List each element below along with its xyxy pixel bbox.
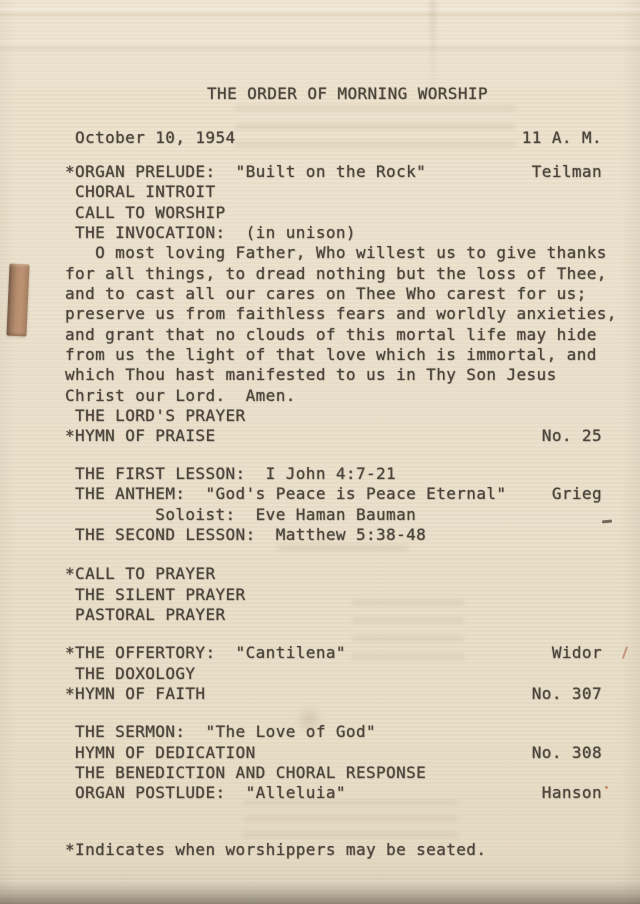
page-title: THE ORDER OF MORNING WORSHIP [207, 84, 488, 103]
order-line-right: No. 308 [532, 743, 602, 763]
invocation-text-line: Christ our Lord. Amen. [65, 386, 602, 406]
order-line-text: *THE OFFERTORY: "Cantilena" [65, 643, 346, 662]
order-line-right: Hanson [542, 783, 602, 803]
order-line: *CALL TO PRAYER [65, 564, 602, 584]
seating-footnote: *Indicates when worshippers may be seate… [65, 840, 486, 859]
invocation-text-line: which Thou hast manifested to us in Thy … [65, 365, 602, 385]
service-time: 11 A. M. [522, 128, 602, 147]
order-line: THE INVOCATION: (in unison) [65, 223, 602, 243]
order-line-text: and grant that no clouds of this mortal … [65, 325, 597, 344]
order-line: Soloist: Eve Haman Bauman [65, 505, 602, 525]
order-line-text: Soloist: Eve Haman Bauman [65, 505, 416, 524]
order-line-text: *HYMN OF FAITH [65, 684, 205, 703]
order-line: *HYMN OF FAITHNo. 307 [65, 684, 602, 704]
order-line-text: THE LORD'S PRAYER [65, 406, 246, 425]
page-edge-shadow [0, 882, 640, 904]
order-line-text: THE SILENT PRAYER [65, 585, 246, 604]
order-line-text: THE FIRST LESSON: I John 4:7-21 [65, 464, 396, 483]
order-line-text: CALL TO WORSHIP [65, 203, 226, 222]
order-line: THE LORD'S PRAYER [65, 406, 602, 426]
paper-crease [0, 8, 640, 18]
tape-artifact [6, 264, 29, 337]
order-line-text: *ORGAN PRELUDE: "Built on the Rock" [65, 162, 426, 181]
order-line: *ORGAN PRELUDE: "Built on the Rock"Teilm… [65, 162, 602, 182]
order-line-text: CHORAL INTROIT [65, 182, 216, 201]
service-date: October 10, 1954 [75, 128, 236, 147]
bulletin-page: THE ORDER OF MORNING WORSHIP October 10,… [0, 0, 640, 904]
order-line-text: THE ANTHEM: "God's Peace is Peace Eterna… [65, 484, 506, 503]
order-line-text: THE SECOND LESSON: Matthew 5:38-48 [65, 525, 426, 544]
order-line-text: THE INVOCATION: (in unison) [65, 223, 356, 242]
order-line-right: Widor [552, 643, 602, 663]
order-line-text: THE DOXOLOGY [65, 664, 195, 683]
order-line: THE BENEDICTION AND CHORAL RESPONSE [65, 763, 602, 783]
order-line: *THE OFFERTORY: "Cantilena"Widor [65, 643, 602, 663]
order-line-text: *HYMN OF PRAISE [65, 426, 216, 445]
paper-streak [430, 0, 436, 95]
order-of-worship: *ORGAN PRELUDE: "Built on the Rock"Teilm… [65, 162, 602, 804]
order-line: CALL TO WORSHIP [65, 203, 602, 223]
order-line: ORGAN POSTLUDE: "Alleluia"Hanson [65, 783, 602, 803]
order-line-right: Grieg [552, 484, 602, 504]
order-line: THE FIRST LESSON: I John 4:7-21 [65, 464, 602, 484]
order-line-text: for all things, to dread nothing but the… [65, 264, 607, 283]
order-line-text: PASTORAL PRAYER [65, 605, 226, 624]
order-line-text: which Thou hast manifested to us in Thy … [65, 365, 557, 384]
order-line-right: No. 307 [532, 684, 602, 704]
order-line: CHORAL INTROIT [65, 182, 602, 202]
order-line-text: preserve us from faithless fears and wor… [65, 304, 617, 323]
order-line: PASTORAL PRAYER [65, 605, 602, 625]
order-line-text: HYMN OF DEDICATION [65, 743, 256, 762]
dateline: October 10, 195411 A. M. [75, 128, 602, 147]
invocation-text-line: preserve us from faithless fears and wor… [65, 304, 602, 324]
invocation-text-line: from us the light of that love which is … [65, 345, 602, 365]
invocation-text-line: and to cast all our cares on Thee Who ca… [65, 284, 602, 304]
pen-mark [602, 520, 612, 523]
pen-mark [605, 786, 608, 789]
order-line: THE SECOND LESSON: Matthew 5:38-48 [65, 525, 602, 545]
order-line-text: from us the light of that love which is … [65, 345, 597, 364]
order-line-right: No. 25 [542, 426, 602, 446]
order-line: THE SILENT PRAYER [65, 585, 602, 605]
order-line-text: *CALL TO PRAYER [65, 564, 216, 583]
order-line-text: THE BENEDICTION AND CHORAL RESPONSE [65, 763, 426, 782]
order-line: *HYMN OF PRAISENo. 25 [65, 426, 602, 446]
invocation-text-line: and grant that no clouds of this mortal … [65, 325, 602, 345]
invocation-text-line: O most loving Father, Who willest us to … [65, 243, 602, 263]
invocation-text-line: for all things, to dread nothing but the… [65, 264, 602, 284]
order-line-text: THE SERMON: "The Love of God" [65, 722, 376, 741]
order-line: THE SERMON: "The Love of God" [65, 722, 602, 742]
ink-bleedthrough [243, 800, 458, 838]
order-line: HYMN OF DEDICATIONNo. 308 [65, 743, 602, 763]
pen-mark [622, 646, 628, 659]
order-line: THE DOXOLOGY [65, 664, 602, 684]
paper-crease [0, 41, 640, 53]
order-line-text: Christ our Lord. Amen. [65, 386, 296, 405]
order-line-text: ORGAN POSTLUDE: "Alleluia" [65, 783, 346, 802]
order-line-right: Teilman [532, 162, 602, 182]
order-line-text: and to cast all our cares on Thee Who ca… [65, 284, 587, 303]
order-line: THE ANTHEM: "God's Peace is Peace Eterna… [65, 484, 602, 504]
order-line-text: O most loving Father, Who willest us to … [65, 243, 607, 262]
